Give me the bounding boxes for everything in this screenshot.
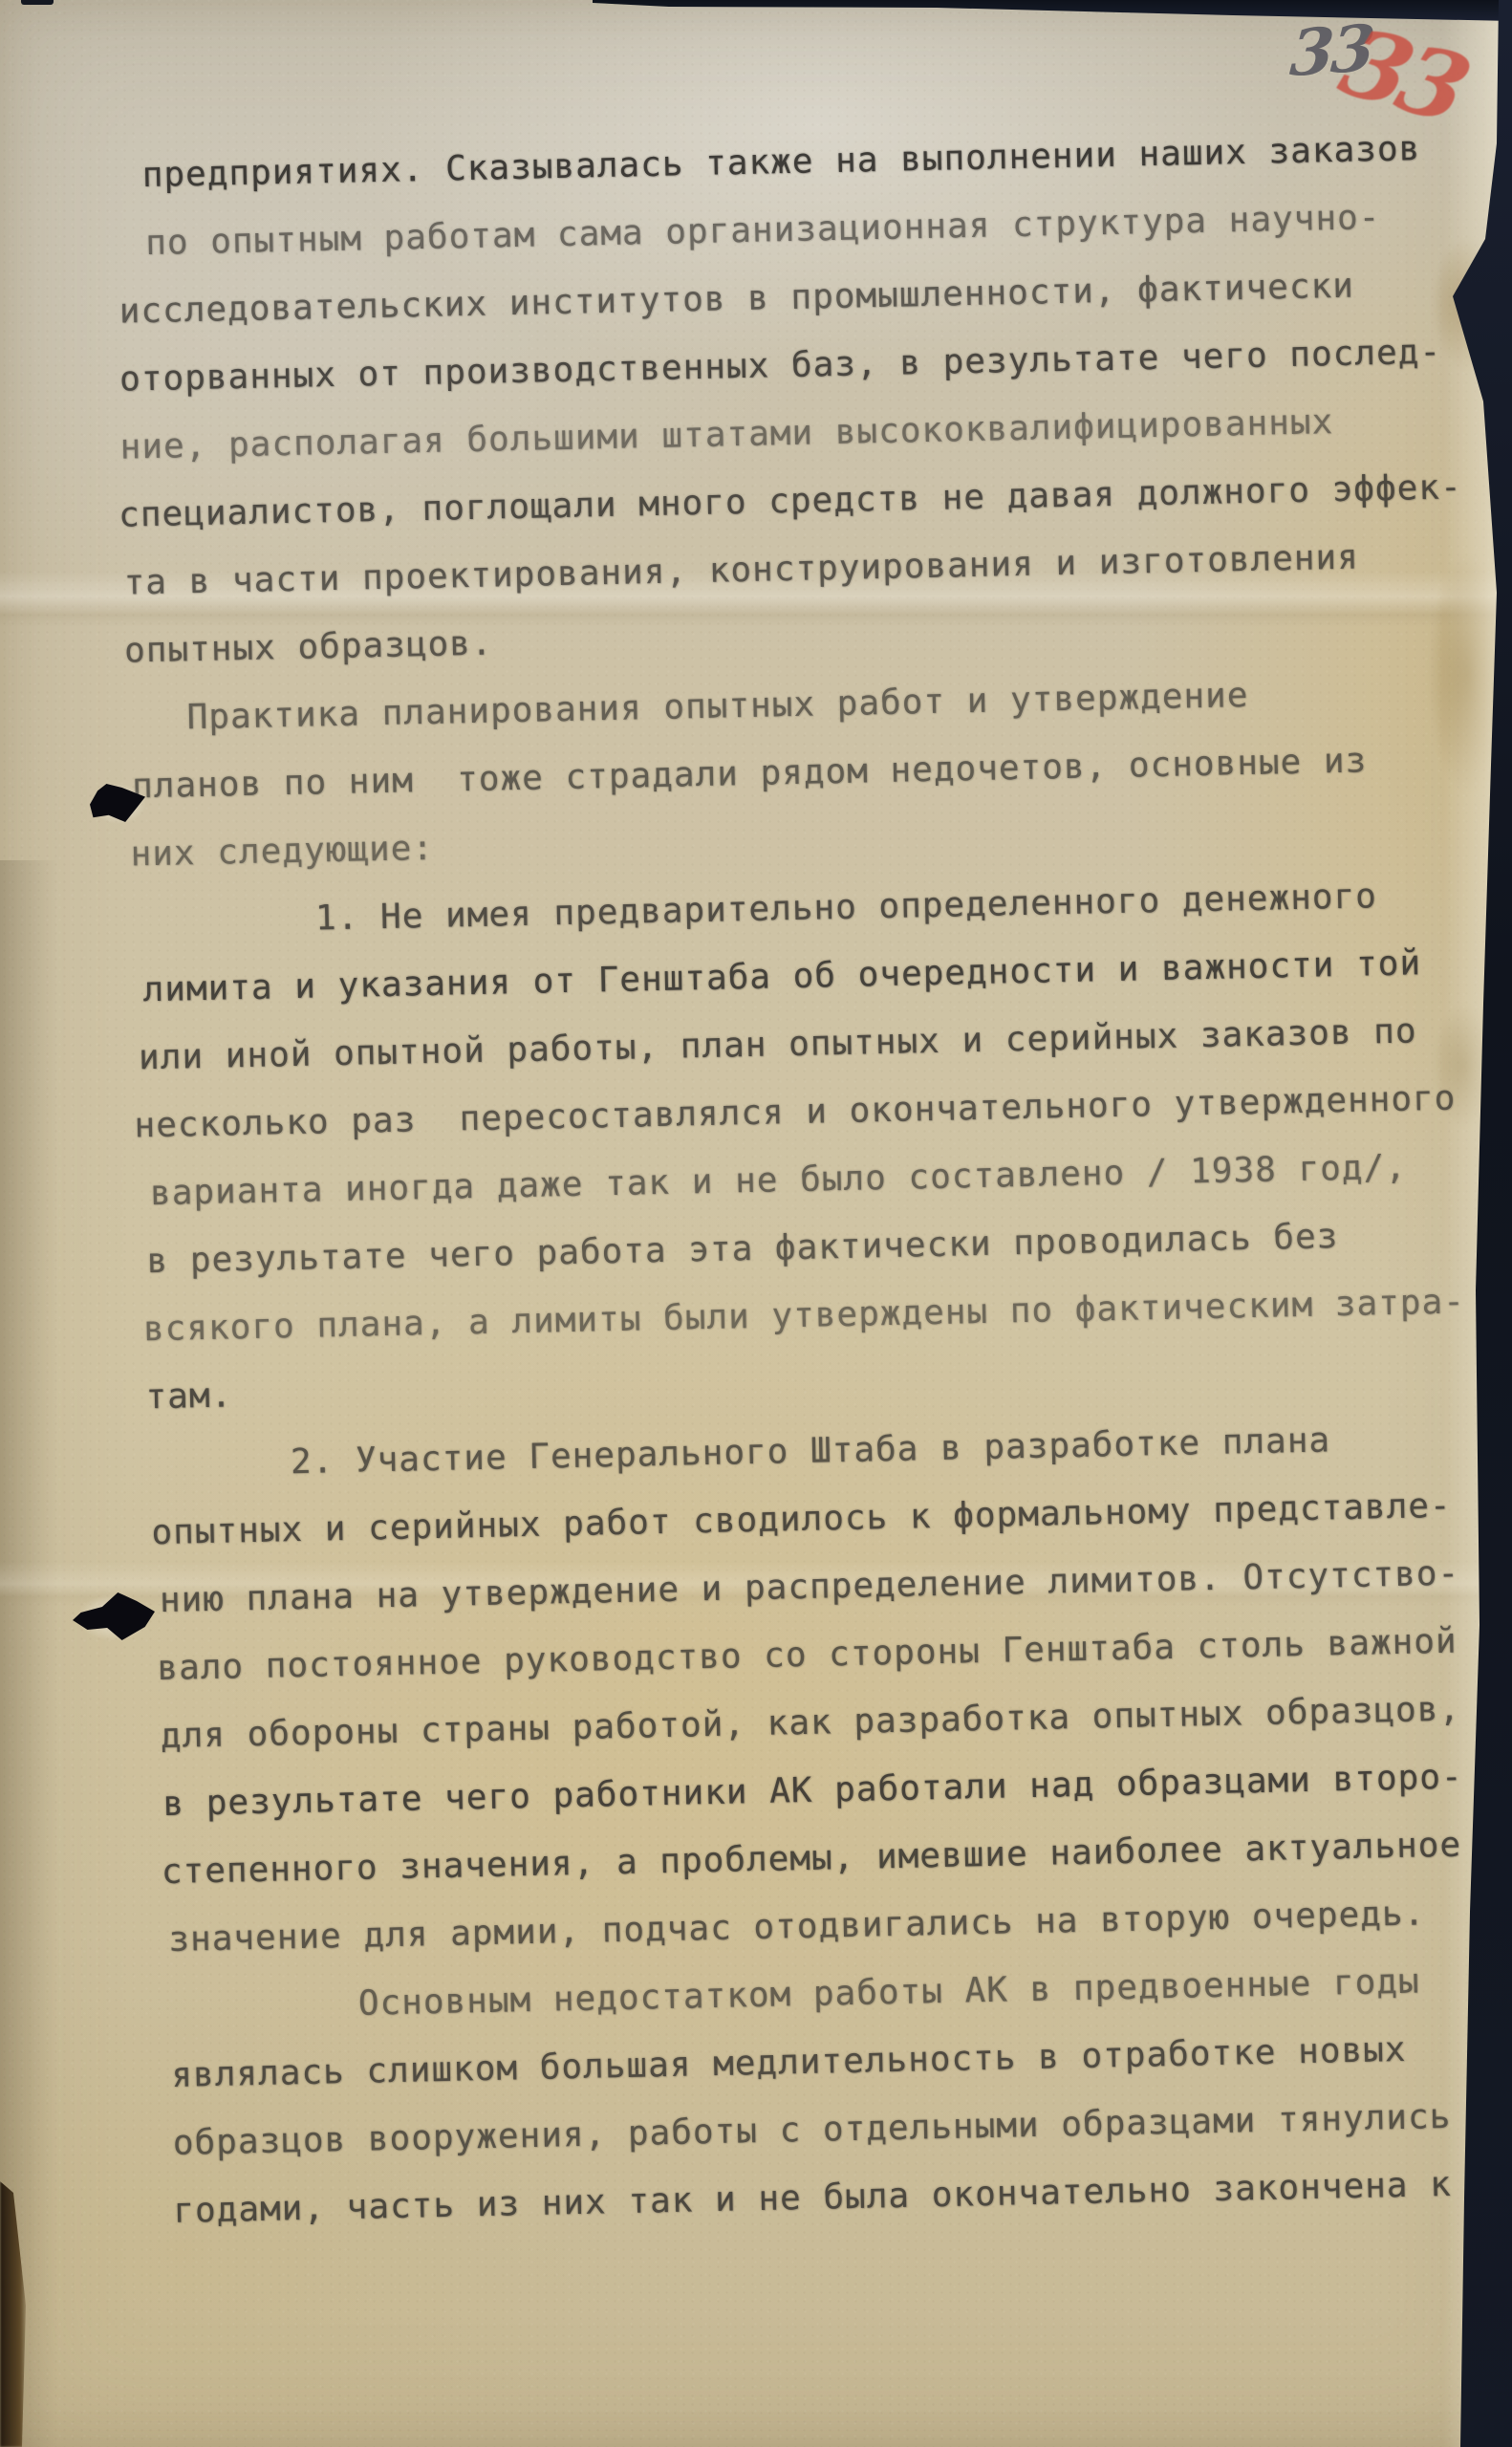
document-scan: предприятиях. Сказывалась также на выпол…	[0, 0, 1512, 2447]
typewritten-text-block: предприятиях. Сказывалась также на выпол…	[0, 113, 1512, 2248]
background-mat-speck	[21, 0, 54, 5]
